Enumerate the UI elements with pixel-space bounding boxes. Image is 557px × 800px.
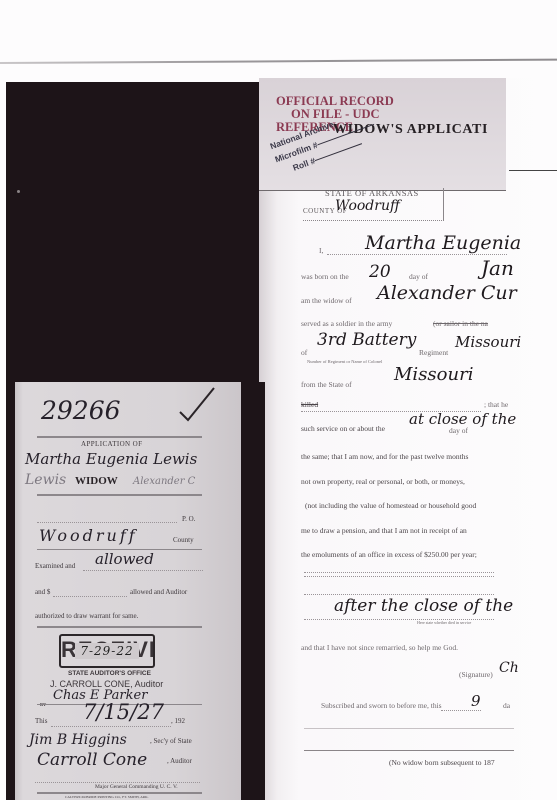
- widow-application-card: 29266 APPLICATION OF Martha Eugenia Lewi…: [15, 382, 241, 800]
- state-county-box: STATE OF ARKANSAS COUNTY OF Woodruff: [303, 188, 444, 221]
- widow-type-label: WIDOW: [75, 475, 118, 487]
- application-number: 29266: [41, 396, 121, 425]
- county-handwritten: Woodruff: [335, 198, 400, 214]
- examined-handwritten: allowed: [95, 550, 154, 568]
- unit-field: 3rd Battery: [317, 330, 416, 350]
- birth-day-field: 20: [369, 262, 391, 282]
- applicant-surname-handwritten: Lewis: [25, 472, 66, 488]
- applicant-name-field: Martha Eugenia: [365, 232, 521, 254]
- dust-speck: [17, 190, 20, 193]
- regiment-state-field: Missouri: [455, 333, 521, 351]
- received-date: 7-29-22: [75, 643, 139, 659]
- auditor-signature: Carroll Cone: [37, 750, 147, 770]
- county-handwritten: Woodruff: [39, 526, 138, 545]
- application-header: OFFICIAL RECORD ON FILE - UDC REFERENCE …: [259, 78, 506, 191]
- signature-field: Ch: [499, 660, 519, 676]
- widows-application-page: OFFICIAL RECORD ON FILE - UDC REFERENCE …: [259, 78, 557, 800]
- applicant-name-handwritten: Martha Eugenia Lewis: [25, 450, 197, 468]
- secy-signature: Jim B Higgins: [29, 732, 127, 748]
- checkmark-icon: [178, 386, 218, 430]
- from-state-field: Missouri: [394, 364, 473, 385]
- received-stamp: RECEIVED 7-29-22: [59, 634, 155, 668]
- sworn-day-field: 9: [471, 692, 481, 710]
- husband-name-handwritten: Alexander C: [133, 476, 195, 487]
- card-shadow: [240, 382, 265, 800]
- scan-edge-line: [0, 59, 557, 64]
- death-circumstance-field: after the close of the: [334, 596, 513, 616]
- header-rule: [509, 170, 557, 171]
- birth-month-field: Jan: [481, 256, 514, 280]
- this-date-handwritten: 7/15/27: [83, 700, 164, 724]
- husband-name-field: Alexander Cur: [377, 282, 517, 304]
